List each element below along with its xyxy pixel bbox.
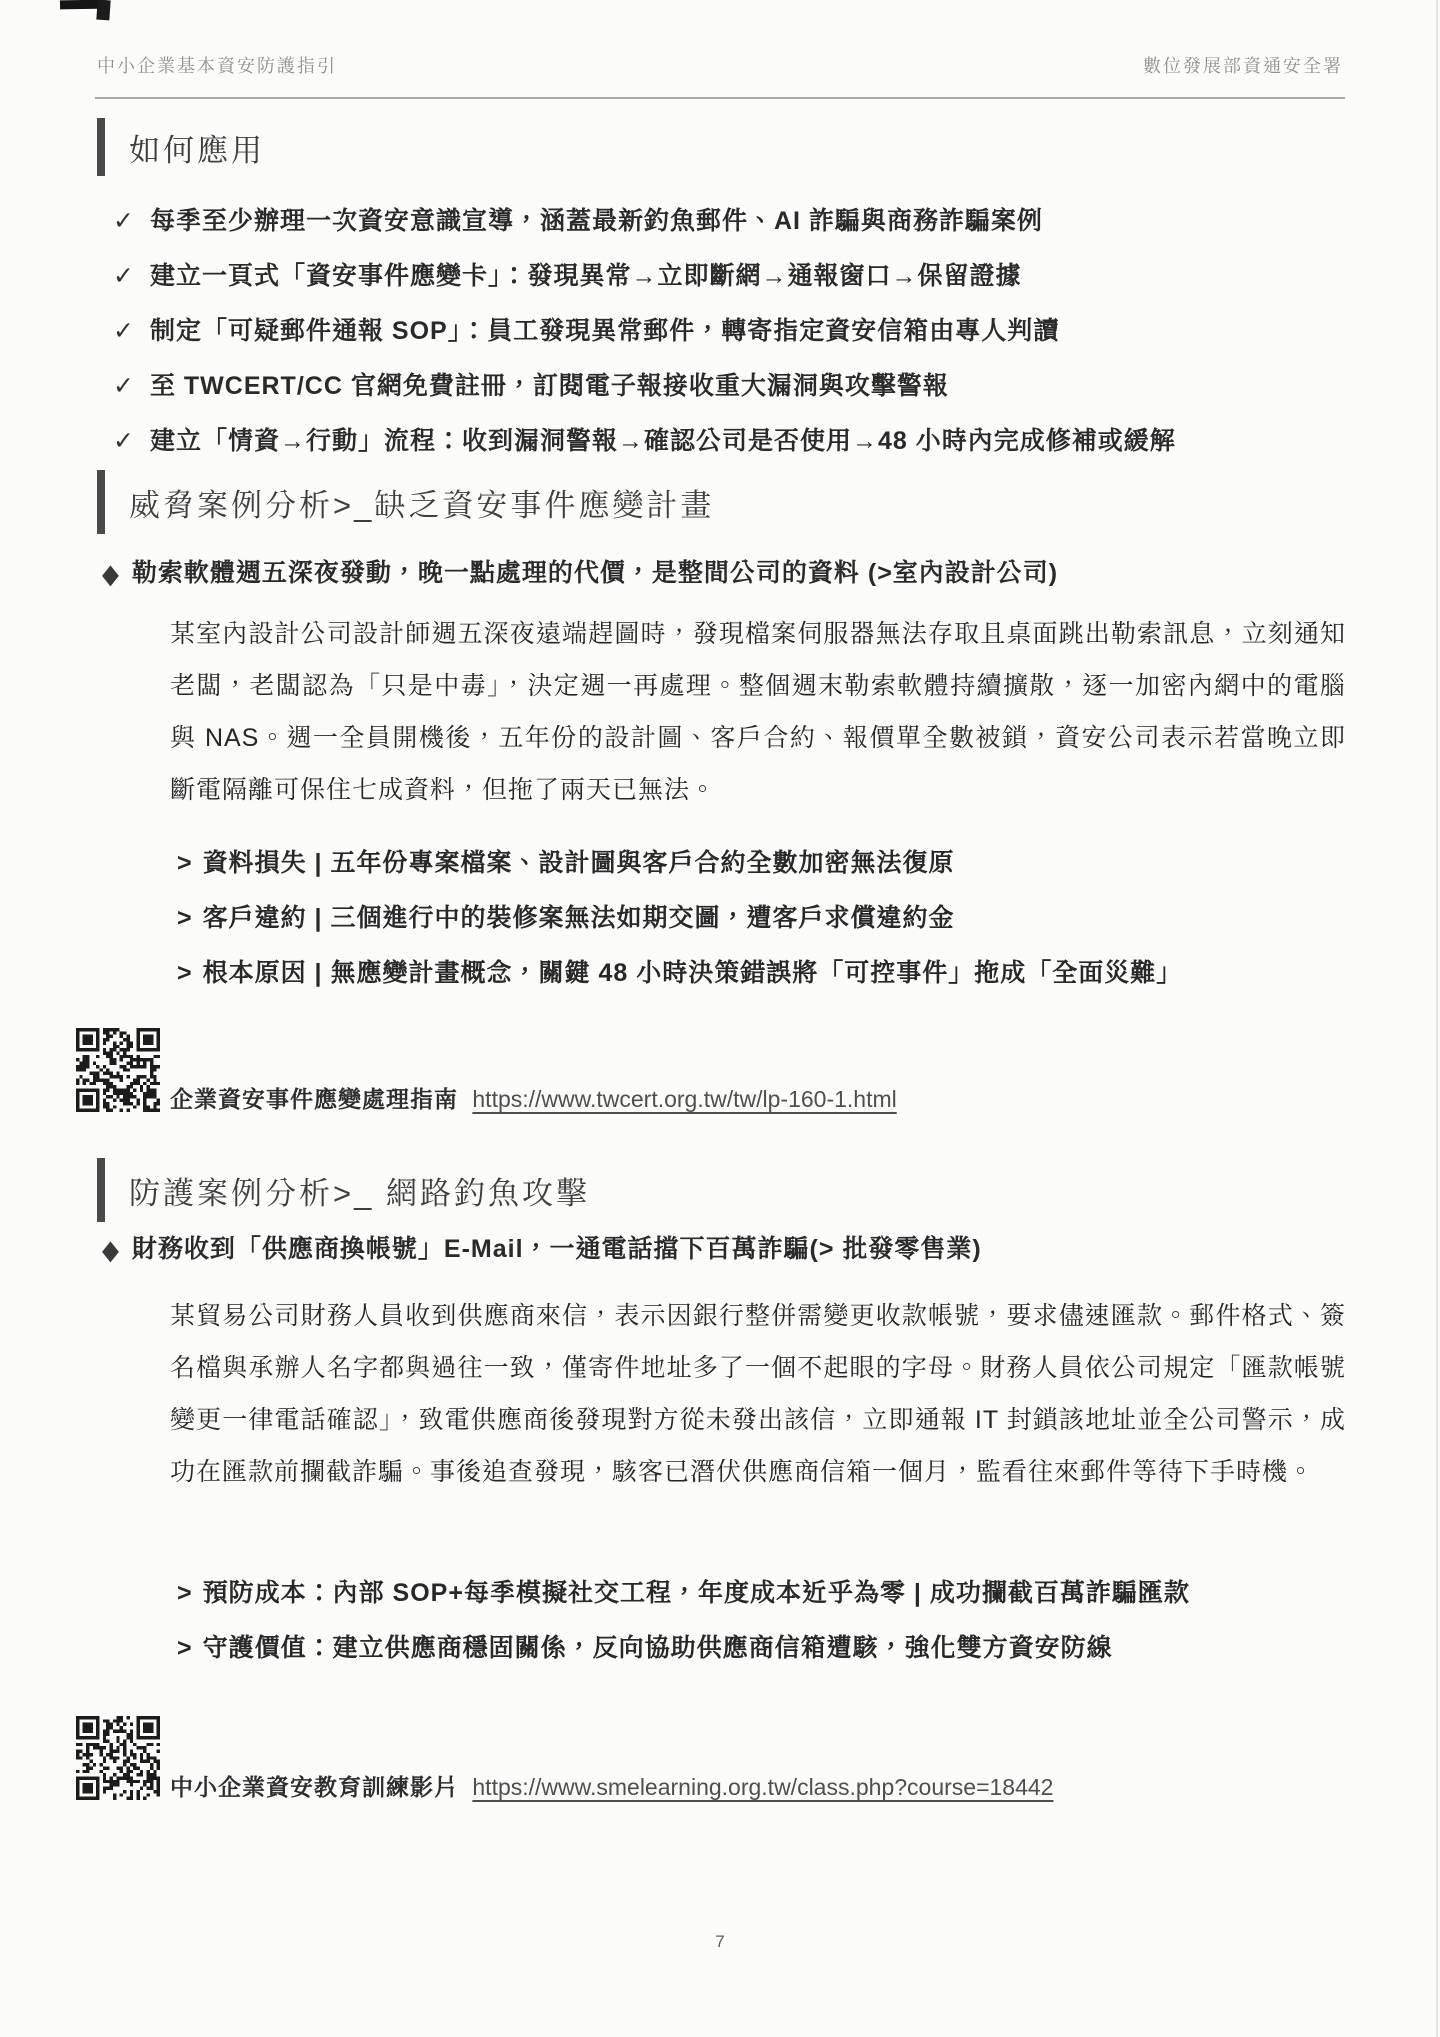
threat-case-findings: > 資料損失 | 五年份專案檔案、設計圖與客戶合約全數加密無法復原 > 客戶違約… (177, 846, 1345, 1011)
finding-item: > 預防成本：內部 SOP+每季模擬社交工程，年度成本近乎為零 | 成功攔截百萬… (177, 1576, 1345, 1611)
section-accent-bar (97, 118, 105, 176)
resource-row-twcert-guide: 企業資安事件應變處理指南 https://www.twcert.org.tw/t… (76, 1028, 897, 1112)
finding-text: 守護價值：建立供應商穩固關係，反向協助供應商信箱遭駭，強化雙方資安防線 (203, 1631, 1113, 1666)
diamond-bullet-icon: ◆ (102, 552, 120, 596)
resource-link[interactable]: https://www.smelearning.org.tw/class.php… (472, 1774, 1053, 1800)
header-divider (95, 97, 1345, 99)
qr-code (76, 1716, 160, 1800)
protection-case-findings: > 預防成本：內部 SOP+每季模擬社交工程，年度成本近乎為零 | 成功攔截百萬… (177, 1576, 1345, 1686)
section-title: 如何應用 (129, 125, 265, 170)
section-threat-case: 威脅案例分析>_缺乏資安事件應變計畫 (97, 470, 1345, 534)
arrow-marker-icon: > (177, 1631, 193, 1666)
check-icon: ✓ (113, 259, 135, 294)
checklist-item: ✓ 每季至少辦理一次資安意識宣導，涵蓋最新釣魚郵件、AI 詐騙與商務詐騙案例 (113, 204, 1345, 239)
resource-label: 中小企業資安教育訓練影片 (170, 1774, 458, 1800)
checklist-item-text: 建立「情資→行動」流程：收到漏洞警報→確認公司是否使用→48 小時內完成修補或緩… (150, 424, 1176, 459)
finding-item: > 守護價值：建立供應商穩固關係，反向協助供應商信箱遭駭，強化雙方資安防線 (177, 1631, 1345, 1666)
finding-item: > 根本原因 | 無應變計畫概念，關鍵 48 小時決策錯誤將「可控事件」拖成「全… (177, 956, 1345, 991)
threat-headline-text: 勒索軟體週五深夜發動，晚一點處理的代價，是整間公司的資料 (>室內設計公司) (132, 556, 1058, 591)
qr-code (76, 1028, 160, 1112)
section-accent-bar (97, 1158, 105, 1222)
protection-case-body: 某貿易公司財務人員收到供應商來信，表示因銀行整併需變更收款帳號，要求儘速匯款。郵… (170, 1290, 1346, 1498)
section-how-to-apply: 如何應用 ✓ 每季至少辦理一次資安意識宣導，涵蓋最新釣魚郵件、AI 詐騙與商務詐… (97, 118, 1345, 479)
arrow-marker-icon: > (177, 1576, 193, 1611)
threat-case-body: 某室內設計公司設計師週五深夜遠端趕圖時，發現檔案伺服器無法存取且桌面跳出勒索訊息… (170, 608, 1346, 816)
arrow-marker-icon: > (177, 846, 193, 881)
header-agency-name: 數位發展部資通安全署 (1143, 52, 1343, 78)
finding-text: 根本原因 | 無應變計畫概念，關鍵 48 小時決策錯誤將「可控事件」拖成「全面災… (203, 956, 1183, 991)
diamond-bullet-icon: ◆ (102, 1228, 120, 1272)
finding-text: 資料損失 | 五年份專案檔案、設計圖與客戶合約全數加密無法復原 (203, 846, 955, 881)
check-icon: ✓ (113, 424, 135, 459)
finding-text: 客戶違約 | 三個進行中的裝修案無法如期交圖，遭客戶求償違約金 (203, 901, 955, 936)
checklist-item: ✓ 建立一頁式「資安事件應變卡」：發現異常→立即斷網→通報窗口→保留證據 (113, 259, 1345, 294)
page-number: 7 (0, 1932, 1440, 1952)
checklist-item: ✓ 建立「情資→行動」流程：收到漏洞警報→確認公司是否使用→48 小時內完成修補… (113, 424, 1345, 459)
section-protection-case: 防護案例分析>_ 網路釣魚攻擊 (97, 1158, 1345, 1222)
how-to-apply-checklist: ✓ 每季至少辦理一次資安意識宣導，涵蓋最新釣魚郵件、AI 詐騙與商務詐騙案例 ✓… (97, 204, 1345, 459)
scan-artifact (96, 0, 110, 20)
header-doc-title: 中小企業基本資安防護指引 (97, 52, 337, 78)
section-title: 防護案例分析>_ 網路釣魚攻擊 (129, 1168, 590, 1213)
checklist-item: ✓ 至 TWCERT/CC 官網免費註冊，訂閱電子報接收重大漏洞與攻擊警報 (113, 369, 1345, 404)
protection-case-headline: ◆ 財務收到「供應商換帳號」E-Mail，一通電話擋下百萬詐騙(> 批發零售業) (102, 1232, 1345, 1267)
protection-headline-text: 財務收到「供應商換帳號」E-Mail，一通電話擋下百萬詐騙(> 批發零售業) (132, 1232, 982, 1267)
arrow-marker-icon: > (177, 956, 193, 991)
checklist-item-text: 制定「可疑郵件通報 SOP」：員工發現異常郵件，轉寄指定資安信箱由專人判讀 (150, 314, 1059, 349)
checklist-item-text: 至 TWCERT/CC 官網免費註冊，訂閱電子報接收重大漏洞與攻擊警報 (150, 369, 949, 404)
check-icon: ✓ (113, 204, 135, 239)
section-title: 威脅案例分析>_缺乏資安事件應變計畫 (129, 480, 714, 525)
scan-edge-line (1436, 0, 1438, 2037)
arrow-marker-icon: > (177, 901, 193, 936)
threat-case-headline: ◆ 勒索軟體週五深夜發動，晚一點處理的代價，是整間公司的資料 (>室內設計公司) (102, 556, 1345, 591)
checklist-item-text: 建立一頁式「資安事件應變卡」：發現異常→立即斷網→通報窗口→保留證據 (150, 259, 1022, 294)
finding-item: > 資料損失 | 五年份專案檔案、設計圖與客戶合約全數加密無法復原 (177, 846, 1345, 881)
resource-link[interactable]: https://www.twcert.org.tw/tw/lp-160-1.ht… (472, 1086, 896, 1112)
page-header: 中小企業基本資安防護指引 數位發展部資通安全署 (97, 52, 1343, 78)
section-accent-bar (97, 470, 105, 534)
checklist-item-text: 每季至少辦理一次資安意識宣導，涵蓋最新釣魚郵件、AI 詐騙與商務詐騙案例 (150, 204, 1043, 239)
checklist-item: ✓ 制定「可疑郵件通報 SOP」：員工發現異常郵件，轉寄指定資安信箱由專人判讀 (113, 314, 1345, 349)
finding-item: > 客戶違約 | 三個進行中的裝修案無法如期交圖，遭客戶求償違約金 (177, 901, 1345, 936)
resource-row-training-video: 中小企業資安教育訓練影片 https://www.smelearning.org… (76, 1716, 1053, 1800)
check-icon: ✓ (113, 314, 135, 349)
finding-text: 預防成本：內部 SOP+每季模擬社交工程，年度成本近乎為零 | 成功攔截百萬詐騙… (203, 1576, 1190, 1611)
check-icon: ✓ (113, 369, 135, 404)
resource-label: 企業資安事件應變處理指南 (170, 1086, 458, 1112)
